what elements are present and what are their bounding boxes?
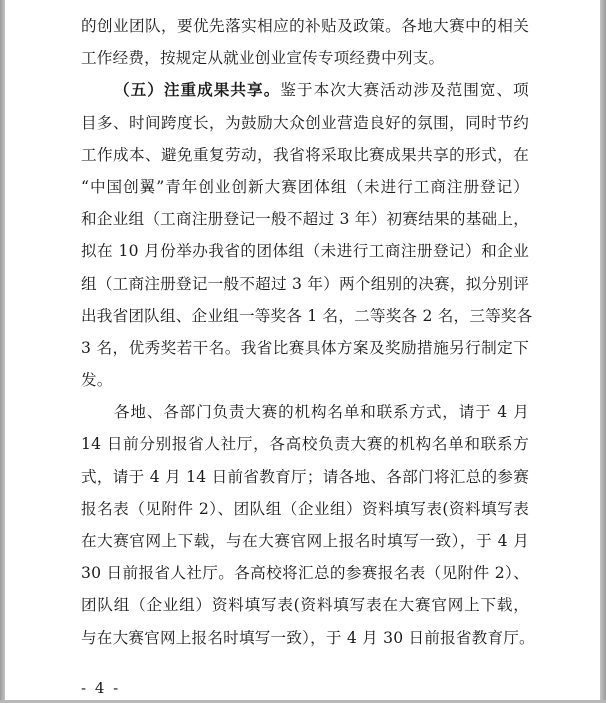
paragraph-subsidy-continuation: 的创业团队，要优先落实相应的补贴及政策。各地大赛中的相关 工作经费，按规定从就业…	[81, 10, 529, 74]
text-line: 组（工商注册登记一般不超过 3 年）两个组别的决赛，拟分别评	[81, 268, 529, 300]
text-line: 式，请于 4 月 14 日前省教育厅；请各地、各部门将汇总的参赛	[81, 461, 529, 493]
text-line: 团队组（企业组）资料填写表(资料填写表在大赛官网上下载，	[81, 589, 529, 621]
text-line: 工作经费，按规定从就业创业宣传专项经费中列支。	[81, 42, 529, 74]
text-line: 拟在 10 月份举办我省的团体组（未进行工商注册登记）和企业	[81, 235, 529, 267]
text-line: 与在大赛官网上报名时填写一致），于 4 月 30 日前报省教育厅。	[81, 622, 529, 654]
text-line: 3 名，优秀奖若干名。我省比赛具体方案及奖励措施另行制定下	[81, 332, 529, 364]
text-line: 工作成本、避免重复劳动，我省将采取比赛成果共享的形式，在	[81, 139, 529, 171]
text-line: （五）注重成果共享。鉴于本次大赛活动涉及范围宽、项	[81, 74, 529, 106]
text-line: “中国创翼”青年创业创新大赛团体组（未进行工商注册登记）	[81, 171, 529, 203]
paragraph-section-five: （五）注重成果共享。鉴于本次大赛活动涉及范围宽、项 目多、时间跨度长，为鼓励大众…	[81, 74, 529, 396]
page-number: - 4 -	[81, 679, 120, 697]
text-line: 目多、时间跨度长，为鼓励大众创业营造良好的氛围，同时节约	[81, 107, 529, 139]
paragraph-contacts: 各地、各部门负责大赛的机构名单和联系方式，请于 4 月 14 日前分别报省人社厅…	[81, 396, 529, 654]
text-line: 出我省团队组、企业组一等奖各 1 名，二等奖各 2 名，三等奖各	[81, 300, 529, 332]
text-line: 在大赛官网上下载，与在大赛官网上报名时填写一致），于 4 月	[81, 525, 529, 557]
text-line: 的创业团队，要优先落实相应的补贴及政策。各地大赛中的相关	[81, 10, 529, 42]
viewer-right-gutter	[600, 0, 606, 703]
text-span: 鉴于本次大赛活动涉及范围宽、项	[280, 81, 529, 99]
document-page: 的创业团队，要优先落实相应的补贴及政策。各地大赛中的相关 工作经费，按规定从就业…	[5, 0, 600, 700]
page-body: 的创业团队，要优先落实相应的补贴及政策。各地大赛中的相关 工作经费，按规定从就业…	[81, 10, 529, 654]
text-line: 和企业组（工商注册登记一般不超过 3 年）初赛结果的基础上，	[81, 203, 529, 235]
text-line: 各地、各部门负责大赛的机构名单和联系方式，请于 4 月	[81, 396, 529, 428]
text-line: 30 日前报省人社厅。各高校将汇总的参赛报名表（见附件 2）、	[81, 557, 529, 589]
text-line: 报名表（见附件 2）、团队组（企业组）资料填写表(资料填写表	[81, 493, 529, 525]
text-line: 发。	[81, 364, 529, 396]
section-heading: （五）注重成果共享。	[114, 81, 280, 99]
text-line: 14 日前分别报省人社厅，各高校负责大赛的机构名单和联系方	[81, 428, 529, 460]
